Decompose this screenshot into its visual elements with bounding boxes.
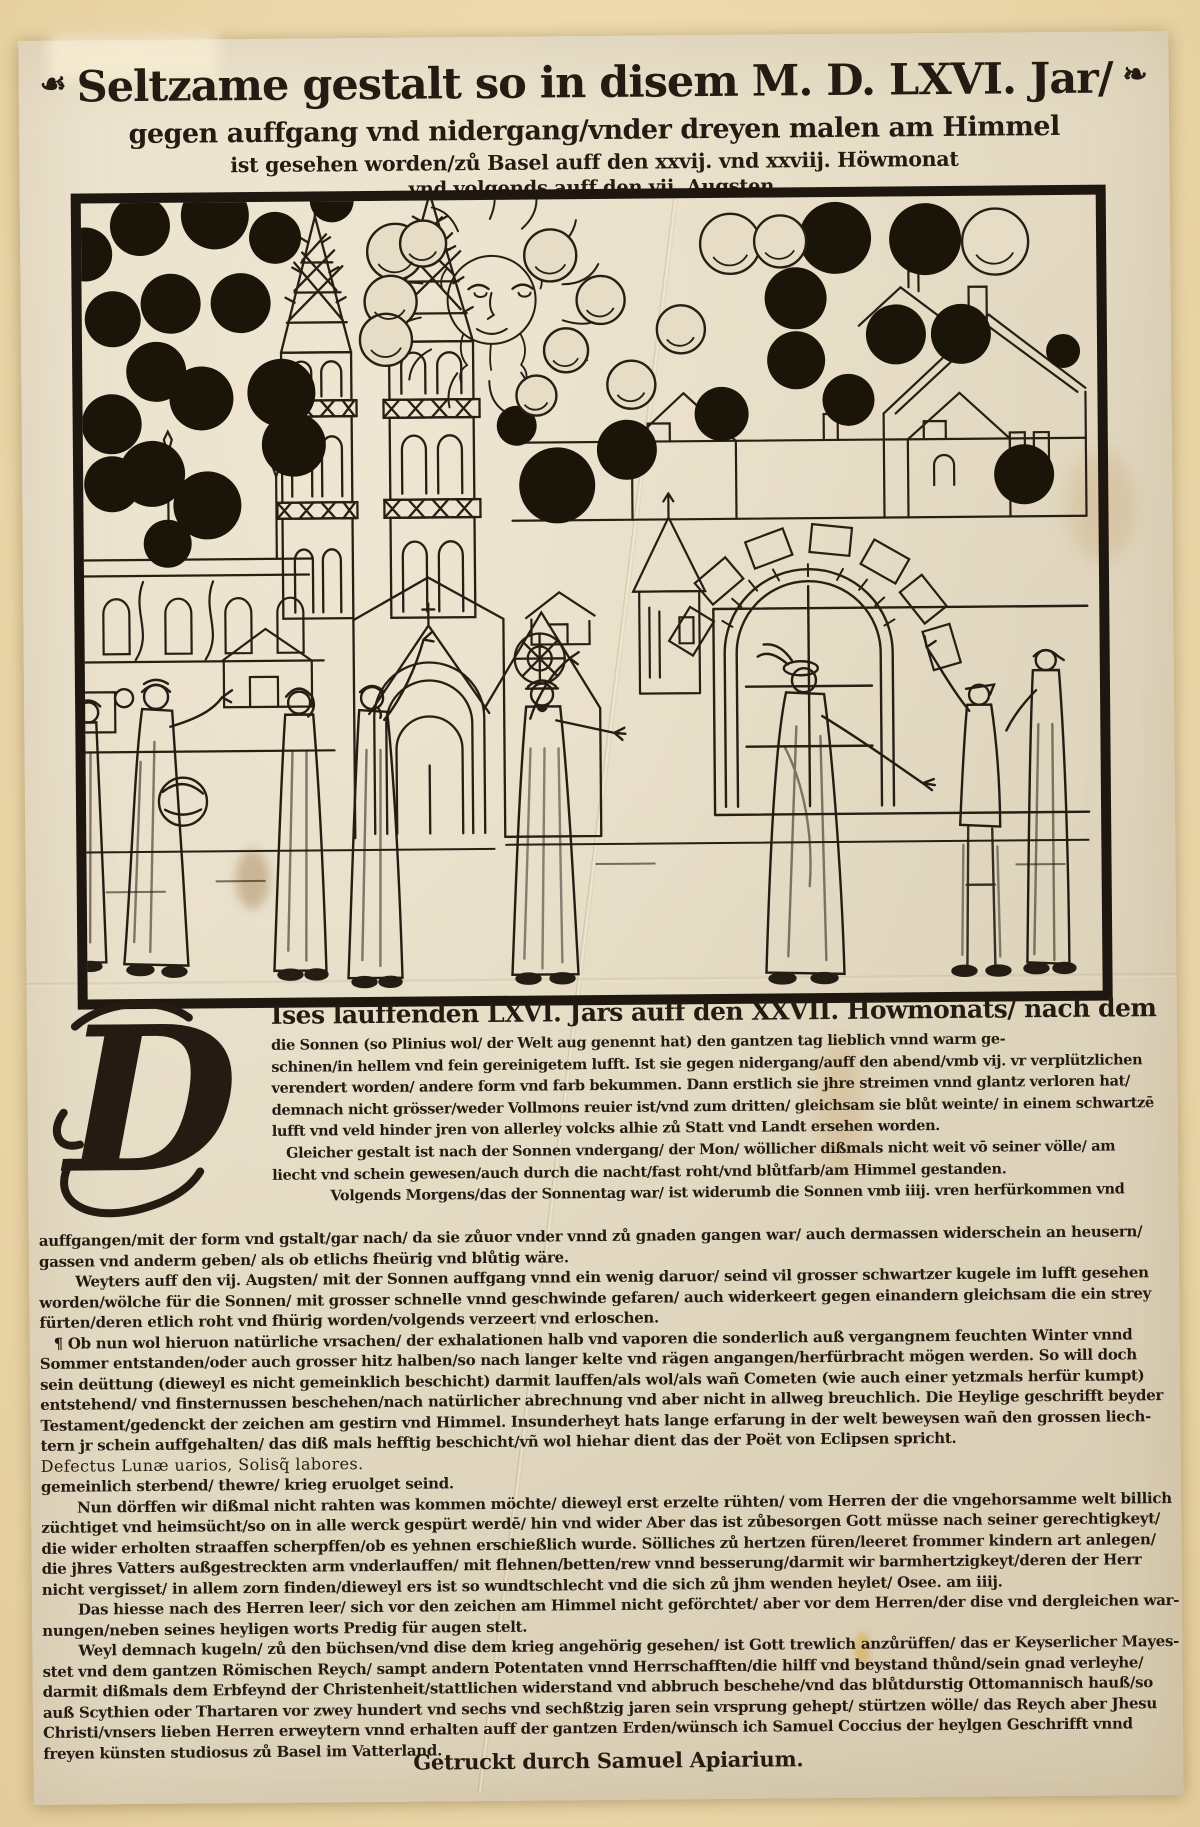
main-title-text: Seltzame gestalt so in disem M. D. LXVI.…	[76, 54, 1112, 113]
broadside-paper-sheet: ☙Seltzame gestalt so in disem M. D. LXVI…	[18, 31, 1183, 1805]
figure-pointing-man	[122, 679, 235, 977]
scanned-broadside-page: { "ink_color": "#241c12", "paper_color":…	[0, 0, 1200, 1827]
townspeople-figures	[70, 626, 1076, 990]
fleuron-left-icon: ☙	[30, 67, 77, 102]
opening-paragraph: Ises lauffenden LXVI. Jars auff den XXVI…	[271, 993, 1169, 1208]
body-line: Ises lauffenden LXVI. Jars auff den XXVI…	[271, 993, 1167, 1031]
market-stall	[525, 592, 595, 645]
figure-arm-raised	[345, 631, 436, 987]
fleuron-right-icon: ❧	[1112, 57, 1157, 92]
figure-bearded-gesturing	[510, 652, 628, 984]
drop-cap-initial: D	[39, 991, 269, 1233]
city-gate	[668, 522, 1089, 816]
subtitle-line-1: gegen auffgang vnd nidergang/vnder dreye…	[19, 110, 1169, 151]
sun-face	[386, 184, 604, 412]
figure-hooded	[272, 688, 328, 979]
drop-cap-letter: D	[59, 991, 239, 1219]
main-title: ☙Seltzame gestalt so in disem M. D. LXVI…	[18, 49, 1168, 114]
black-spheres	[70, 184, 1082, 569]
woodcut-illustration	[70, 184, 1114, 1011]
ground	[86, 840, 1089, 893]
title-block: ☙Seltzame gestalt so in disem M. D. LXVI…	[18, 49, 1169, 204]
figure-left-edge	[70, 700, 107, 971]
turret	[632, 493, 706, 694]
figure-background-head	[115, 689, 133, 707]
body-text: auffgangen/mit der form vnd gstalt/gar n…	[39, 1221, 1174, 1764]
figure-short-pointing	[925, 635, 1011, 976]
